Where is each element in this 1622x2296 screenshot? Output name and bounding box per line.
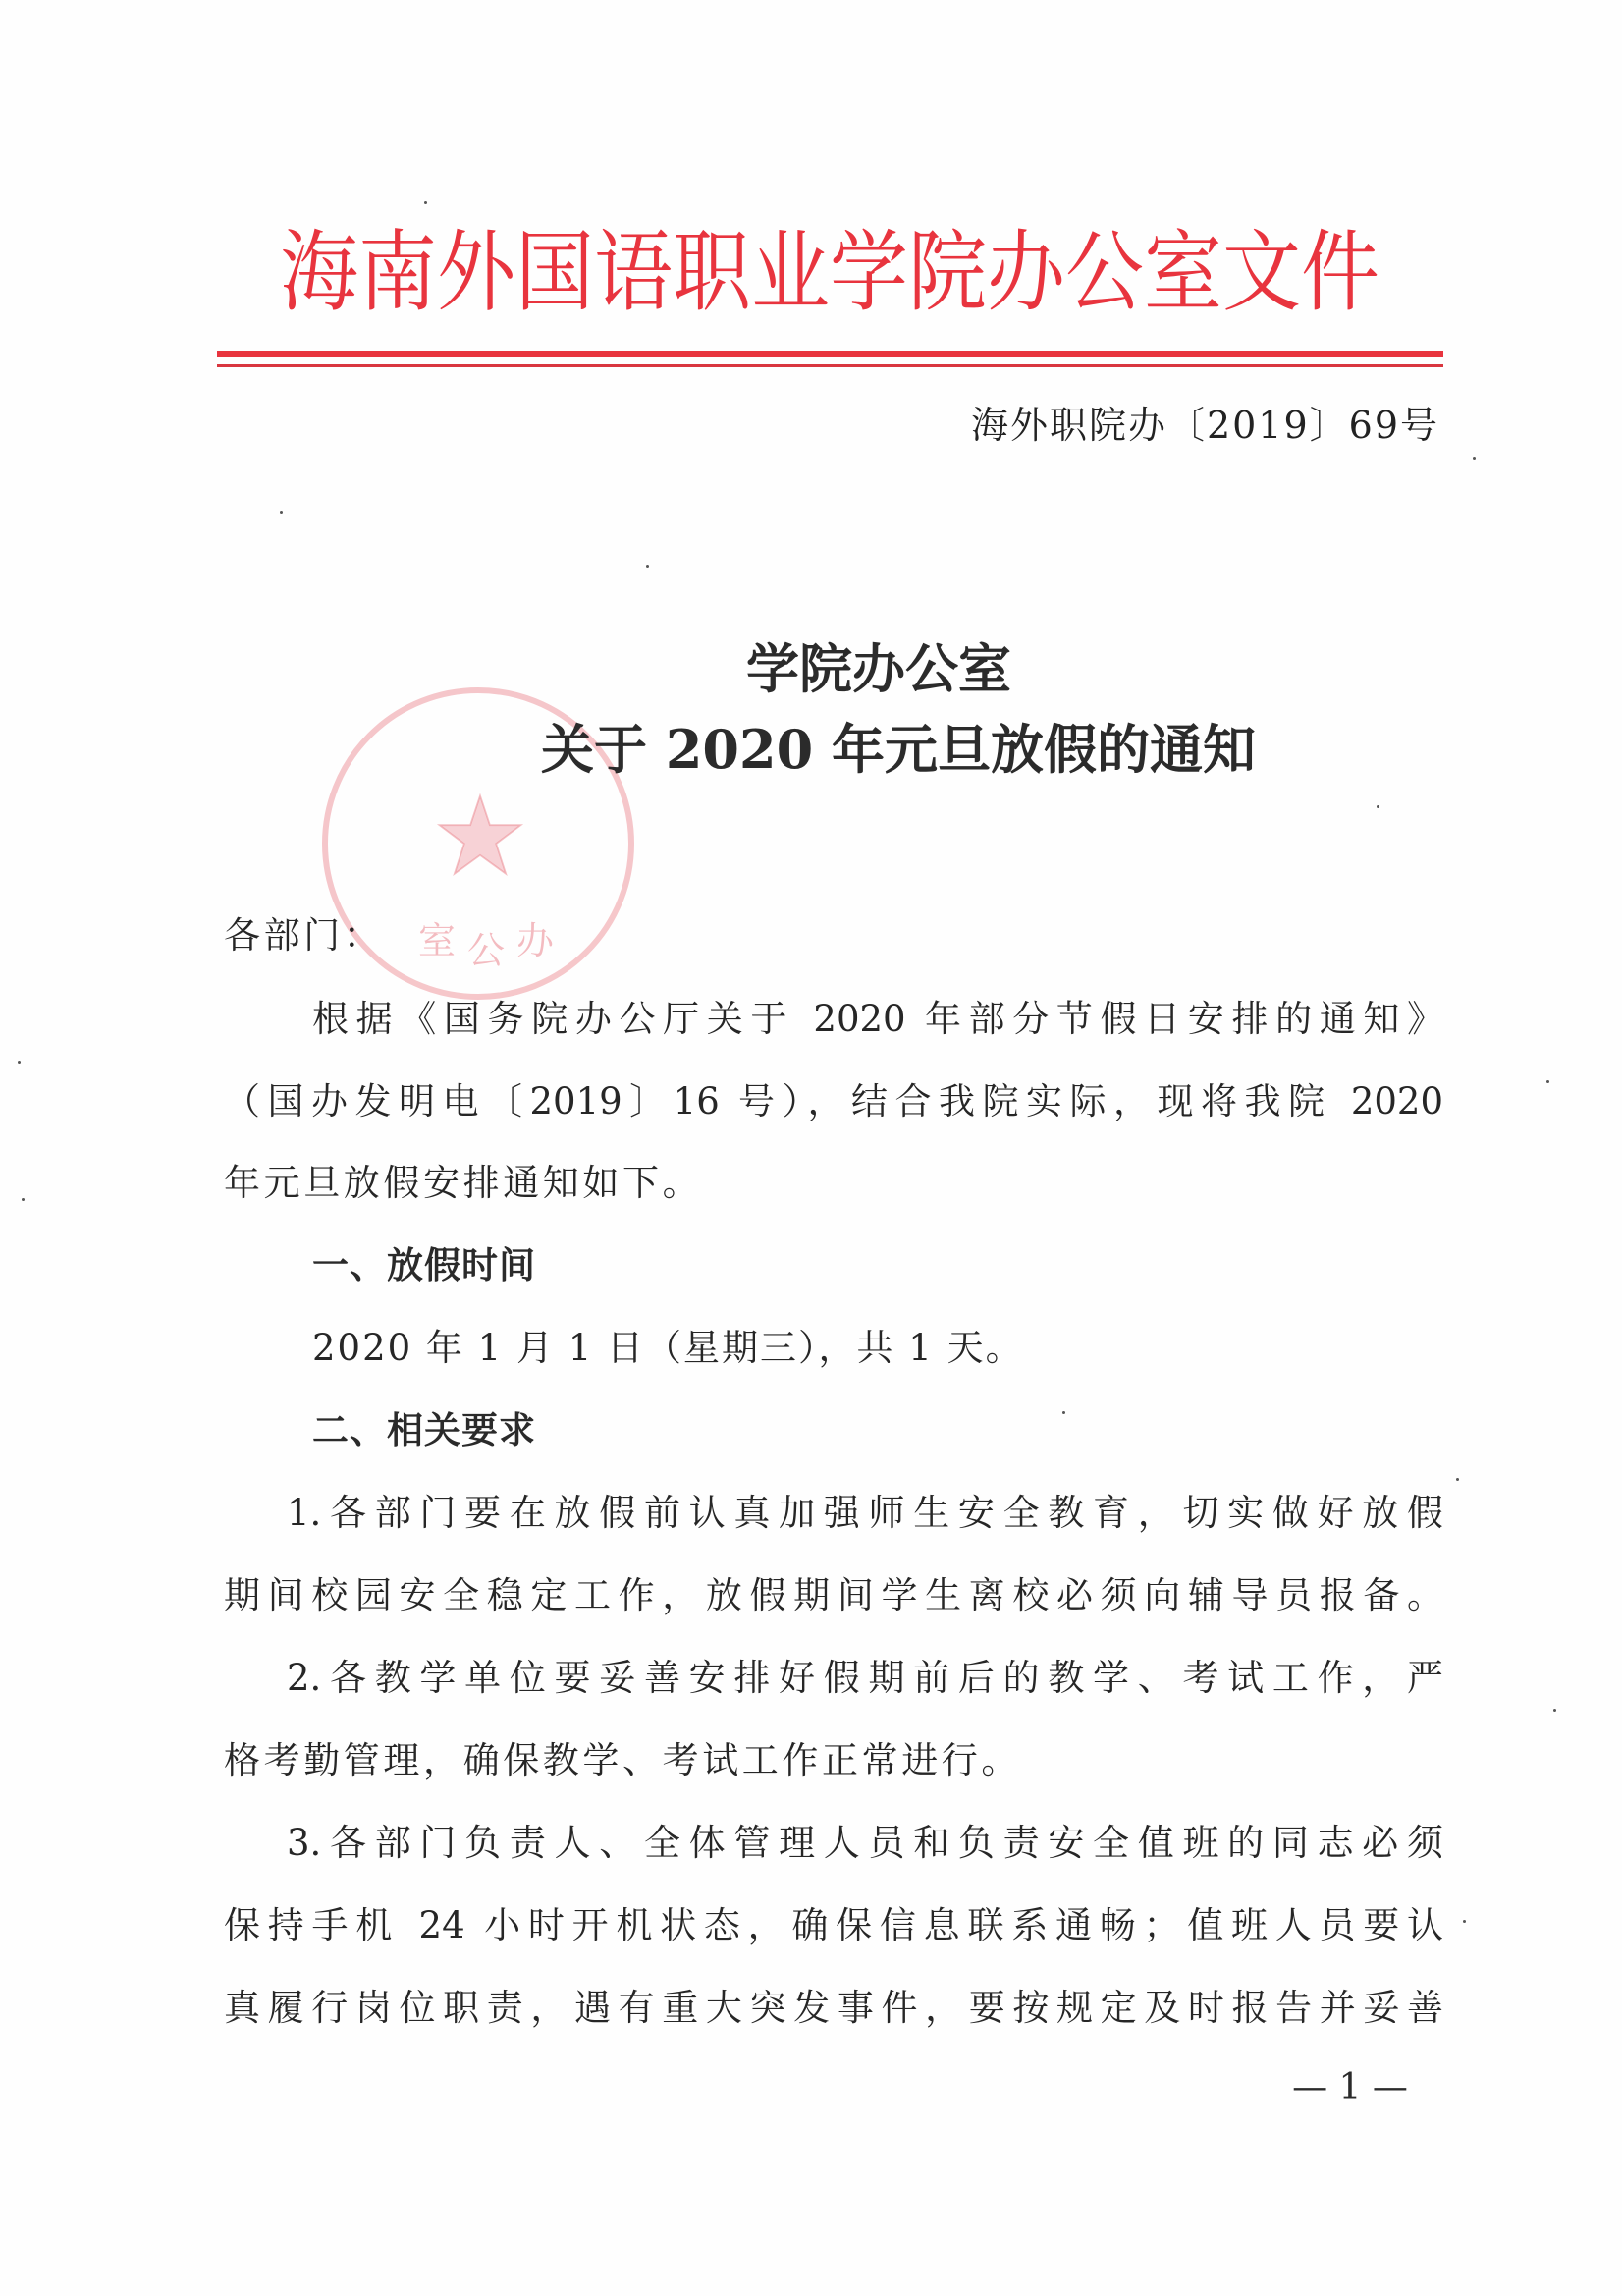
letterhead-thick-rule [217, 351, 1443, 357]
scan-speck [1377, 805, 1379, 808]
requirement-3-line: 保持手机 24 小时开机状态，确保信息联系通畅；值班人员要认 [224, 1901, 1443, 1950]
scan-speck [18, 1061, 21, 1064]
scan-speck [646, 565, 649, 568]
document-number: 海外职院办〔2019〕69号 [971, 401, 1439, 450]
scan-speck [1473, 457, 1476, 460]
scan-speck [22, 1198, 25, 1201]
document-title-line-2: 关于 2020 年元旦放假的通知 [285, 717, 1512, 782]
section-heading-holiday-time: 一、放假时间 [312, 1241, 1443, 1290]
holiday-date-line: 2020 年 1 月 1 日（星期三），共 1 天。 [312, 1324, 1443, 1373]
scan-speck [424, 201, 427, 204]
document-page: 海南外国语职业学院办公室文件 海外职院办〔2019〕69号 室 公 办 学院办公… [0, 0, 1622, 2296]
requirement-3-line: 真履行岗位职责，遇有重大突发事件，要按规定及时报告并妥善 [224, 1984, 1443, 2033]
requirement-3-line: 3.各部门负责人、全体管理人员和负责安全值班的同志必须 [287, 1819, 1443, 1868]
intro-line: 根据《国务院办公厅关于 2020 年部分节假日安排的通知》 [312, 995, 1443, 1044]
star-icon [436, 792, 524, 880]
scan-speck [1553, 1709, 1556, 1712]
intro-line: （国办发明电〔2019〕16 号），结合我院实际，现将我院 2020 [224, 1077, 1443, 1126]
section-heading-requirements: 二、相关要求 [312, 1406, 1443, 1455]
scan-speck [1546, 1080, 1549, 1083]
scan-speck [1463, 1920, 1466, 1923]
requirement-2-line: 格考勤管理，确保教学、考试工作正常进行。 [224, 1736, 1443, 1785]
page-number: — 1 — [1276, 2064, 1424, 2111]
scan-speck [1062, 1411, 1065, 1414]
letterhead-thin-rule [217, 364, 1443, 367]
requirement-2-line: 2.各教学单位要妥善安排好假期前后的教学、考试工作，严 [287, 1654, 1443, 1703]
salutation: 各部门： [224, 911, 1443, 960]
requirement-1-line: 期间校园安全稳定工作，放假期间学生离校必须向辅导员报备。 [224, 1571, 1443, 1620]
issuer-letterhead-title: 海南外国语职业学院办公室文件 [216, 218, 1443, 328]
intro-line: 年元旦放假安排通知如下。 [224, 1159, 1443, 1208]
document-title-line-1: 学院办公室 [265, 636, 1492, 701]
scan-speck [280, 511, 283, 514]
requirement-1-line: 1.各部门要在放假前认真加强师生安全教育，切实做好放假 [287, 1489, 1443, 1538]
scan-speck [1456, 1478, 1459, 1481]
